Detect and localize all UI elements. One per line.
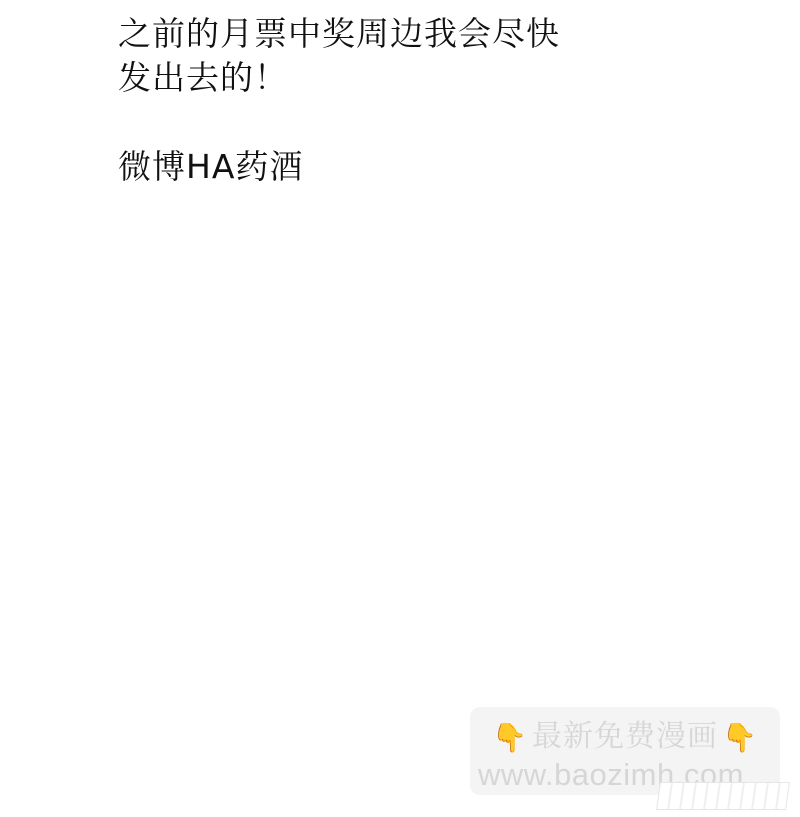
pointing-down-hand-icon: 👇	[492, 718, 528, 758]
pointing-down-hand-icon: 👇	[722, 718, 758, 758]
notice-line-1: 之前的月票中奖周边我会尽快	[118, 12, 560, 56]
notice-line-2: 发出去的！	[118, 56, 288, 100]
author-weibo-line: 微博HA药酒	[118, 145, 303, 189]
watermark-stamp-graphic	[656, 782, 790, 810]
watermark-title-row: 👇最新免费漫画👇	[470, 717, 780, 758]
watermark-title: 最新免费漫画	[532, 719, 718, 754]
